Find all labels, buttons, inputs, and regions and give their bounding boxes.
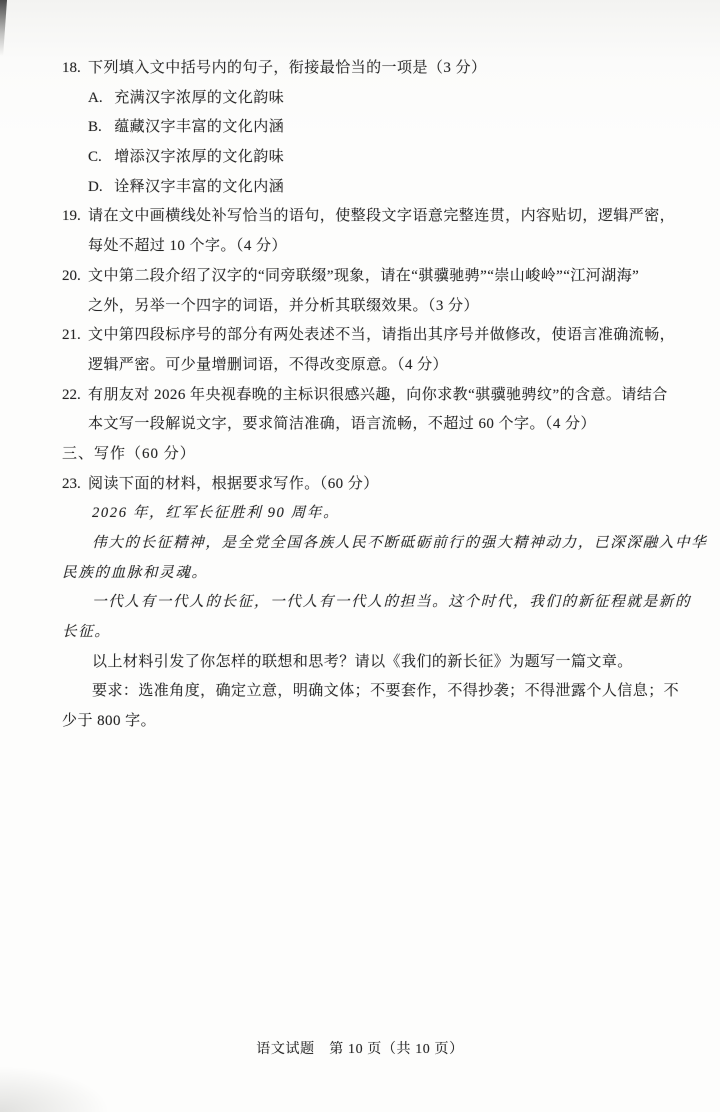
page-footer: 语文试题 第 10 页（共 10 页） [0,1038,720,1062]
material-line-5: 长征。 [62,618,668,648]
option-d-label: D. [88,173,110,203]
question-23-line-1: 23. 阅读下面的材料，根据要求写作。（60 分） [62,470,668,500]
question-20-number: 20. [62,262,81,292]
exam-page-scan: 18. 下列填入文中括号内的句子，衔接最恰当的一项是（3 分） A. 充满汉字浓… [0,0,720,1112]
question-18-option-b: B. 蕴藏汉字丰富的文化内涵 [62,113,668,143]
section-heading-writing: 三、写作（60 分） [62,440,668,470]
option-a-text: 充满汉字浓厚的文化韵味 [114,90,284,106]
material-line-4: 一代人有一代人的长征，一代人有一代人的担当。这个时代，我们的新征程就是新的 [62,588,668,618]
material-line-1: 2026 年，红军长征胜利 90 周年。 [62,499,668,529]
option-b-text: 蕴藏汉字丰富的文化内涵 [114,119,284,135]
question-18-line-1: 18. 下列填入文中括号内的句子，衔接最恰当的一项是（3 分） [62,54,668,84]
question-19-number: 19. [62,202,81,232]
footer-page-number: 语文试题 第 10 页（共 10 页） [256,1042,463,1057]
question-21-line-2: 逻辑严密。可少量增删词语，不得改变原意。（4 分） [62,351,668,381]
question-20-text-2: 之外，另举一个四字的词语，并分析其联缀效果。（3 分） [88,298,479,314]
question-22-number: 22. [62,381,81,411]
material-requirements-line-2: 少于 800 字。 [62,707,668,737]
question-19-text-1: 请在文中画横线处补写恰当的语句，使整段文字语意完整连贯，内容贴切，逻辑严密， [88,208,675,224]
material-prompt-line: 以上材料引发了你怎样的联想和思考？请以《我们的新长征》为题写一篇文章。 [62,648,668,678]
question-20-line-2: 之外，另举一个四字的词语，并分析其联缀效果。（3 分） [62,292,668,322]
option-c-label: C. [88,143,110,173]
question-18-option-d: D. 诠释汉字丰富的文化内涵 [62,173,668,203]
question-23-intro: 阅读下面的材料，根据要求写作。（60 分） [88,476,379,492]
question-23-number: 23. [62,470,81,500]
question-18-option-a: A. 充满汉字浓厚的文化韵味 [62,84,668,114]
option-d-text: 诠释汉字丰富的文化内涵 [114,179,284,195]
material-line-3: 民族的血脉和灵魂。 [62,559,668,589]
scan-edge-artifact [0,0,7,56]
question-21-number: 21. [62,321,81,351]
question-22-line-1: 22. 有朋友对 2026 年央视春晚的主标识很感兴趣，向你求教“骐骥驰骋纹”的… [62,381,668,411]
scan-corner-shadow [0,1066,110,1112]
material-line-2: 伟大的长征精神，是全党全国各族人民不断砥砺前行的强大精神动力，已深深融入中华 [62,529,668,559]
question-20-text-1: 文中第二段介绍了汉字的“同旁联缀”现象，请在“骐骥驰骋”“崇山峻岭”“江河湖海” [88,268,639,284]
question-21-text-1: 文中第四段标序号的部分有两处表述不当，请指出其序号并做修改，使语言准确流畅， [88,327,675,343]
question-18-option-c: C. 增添汉字浓厚的文化韵味 [62,143,668,173]
option-c-text: 增添汉字浓厚的文化韵味 [114,149,284,165]
option-a-label: A. [88,84,110,114]
question-22-line-2: 本文写一段解说文字，要求简洁准确，语言流畅，不超过 60 个字。（4 分） [62,410,668,440]
question-21-text-2: 逻辑严密。可少量增删词语，不得改变原意。（4 分） [88,357,448,373]
question-22-text-1: 有朋友对 2026 年央视春晚的主标识很感兴趣，向你求教“骐骥驰骋纹”的含意。请… [88,387,668,403]
question-18-number: 18. [62,54,81,84]
exam-content: 18. 下列填入文中括号内的句子，衔接最恰当的一项是（3 分） A. 充满汉字浓… [62,54,668,737]
option-b-label: B. [88,113,110,143]
question-19-line-1: 19. 请在文中画横线处补写恰当的语句，使整段文字语意完整连贯，内容贴切，逻辑严… [62,202,668,232]
question-22-text-2: 本文写一段解说文字，要求简洁准确，语言流畅，不超过 60 个字。（4 分） [88,416,596,432]
question-21-line-1: 21. 文中第四段标序号的部分有两处表述不当，请指出其序号并做修改，使语言准确流… [62,321,668,351]
question-19-line-2: 每处不超过 10 个字。（4 分） [62,232,668,262]
question-20-line-1: 20. 文中第二段介绍了汉字的“同旁联缀”现象，请在“骐骥驰骋”“崇山峻岭”“江… [62,262,668,292]
question-19-text-2: 每处不超过 10 个字。（4 分） [88,238,287,254]
question-18-text: 下列填入文中括号内的句子，衔接最恰当的一项是（3 分） [88,60,486,76]
material-requirements-line-1: 要求：选准角度，确定立意，明确文体；不要套作，不得抄袭；不得泄露个人信息；不 [62,677,668,707]
